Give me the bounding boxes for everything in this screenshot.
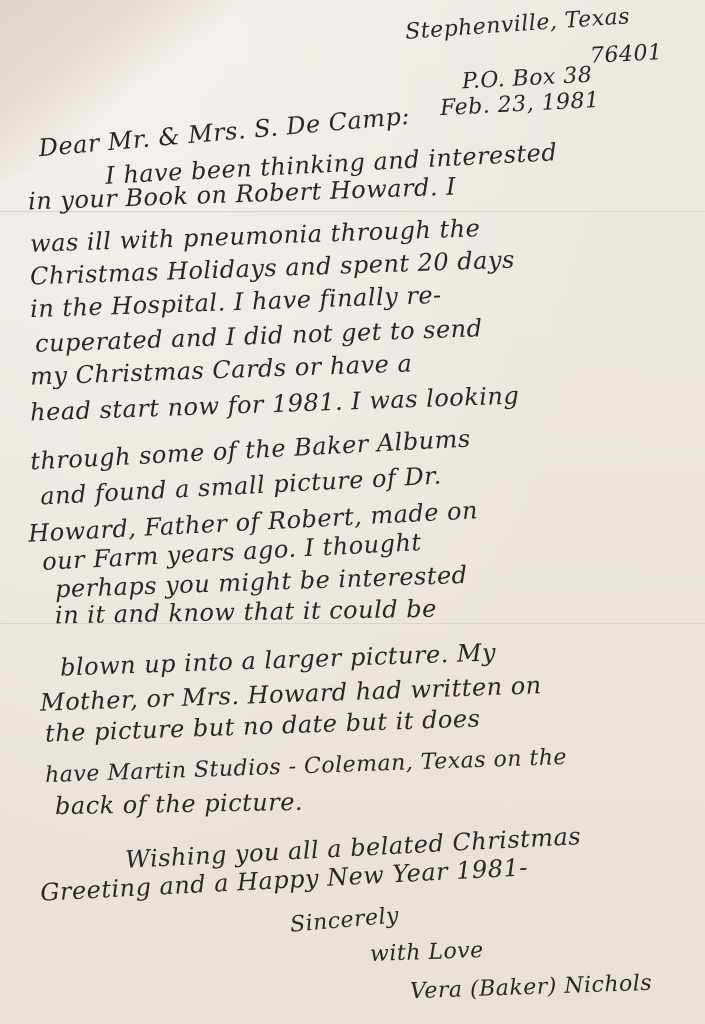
- body-line: back of the picture.: [55, 788, 304, 820]
- body-line: in your Book on Robert Howard. I: [28, 173, 457, 216]
- body-line: have Martin Studios - Coleman, Texas on …: [45, 745, 568, 788]
- body-line: cuperated and I did not get to send: [35, 314, 483, 358]
- signature: Vera (Baker) Nichols: [410, 971, 653, 1004]
- closing-with-love: with Love: [370, 938, 484, 967]
- letter-page: Stephenville, Texas 76401 P.O. Box 38 Fe…: [0, 0, 705, 1024]
- closing-sincerely: Sincerely: [289, 903, 400, 937]
- body-line: head start now for 1981. I was looking: [30, 381, 520, 426]
- heading-zip: 76401: [589, 40, 663, 69]
- heading-city-state: Stephenville, Texas: [404, 4, 630, 45]
